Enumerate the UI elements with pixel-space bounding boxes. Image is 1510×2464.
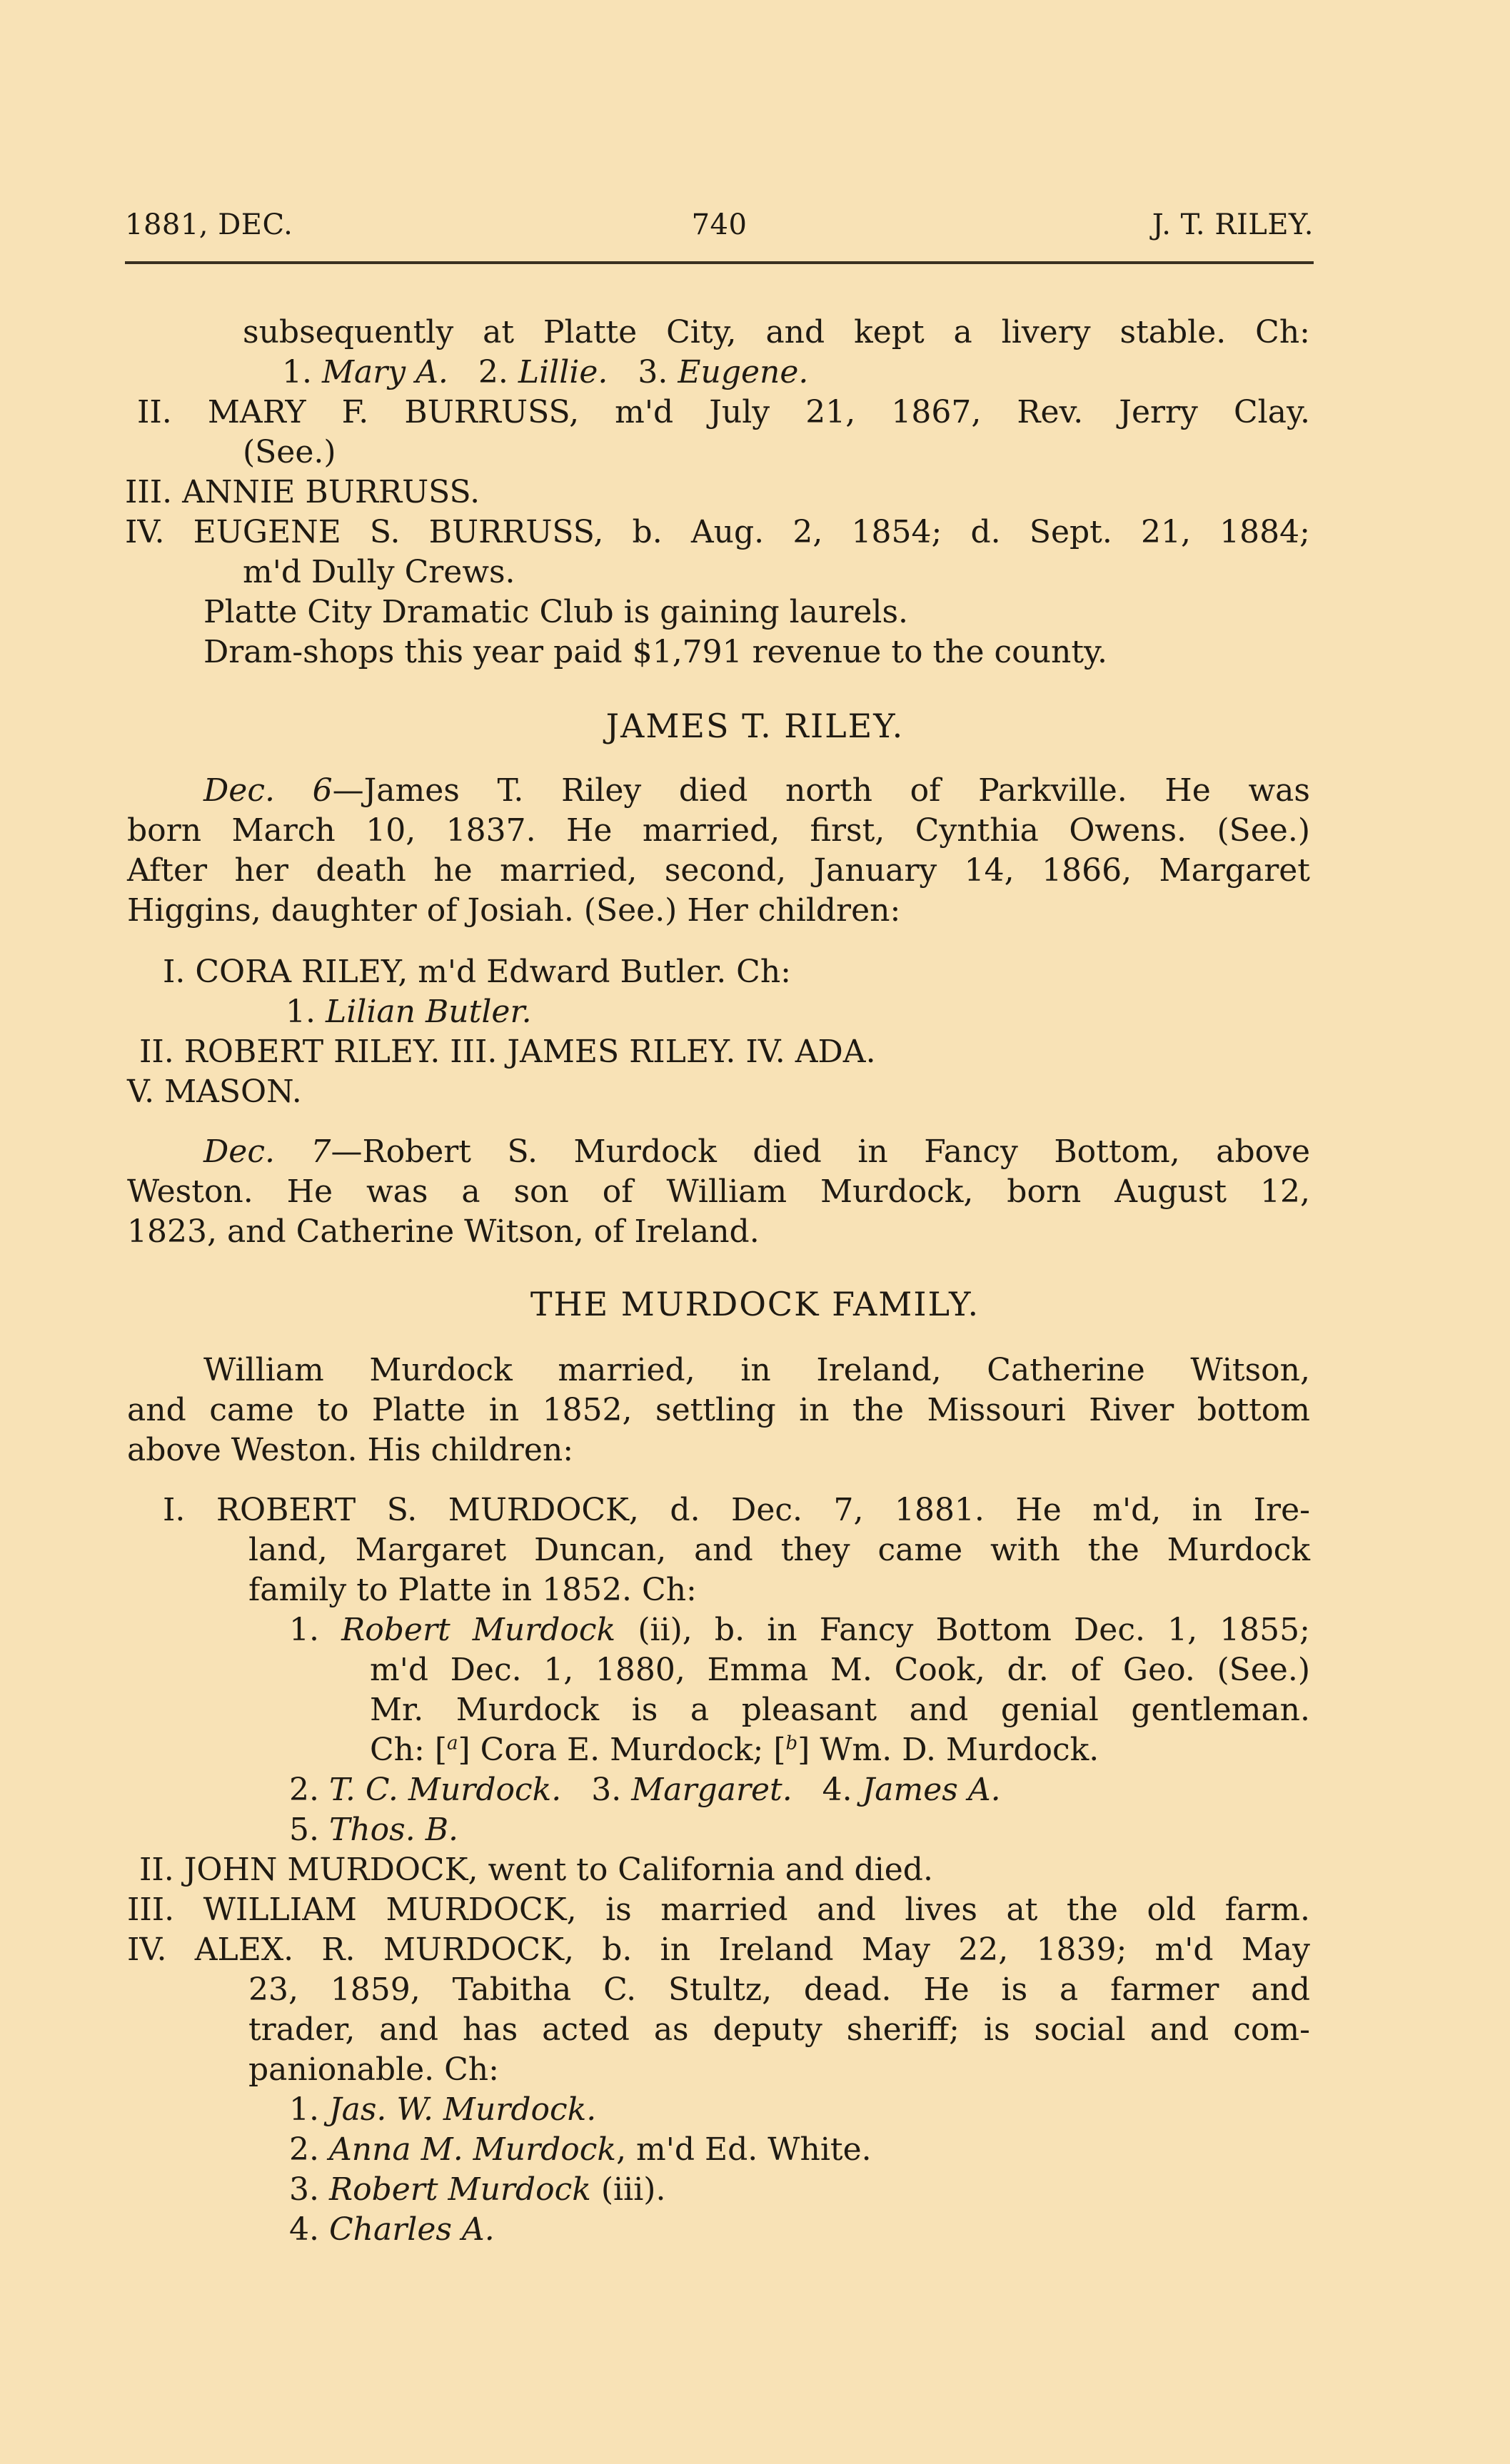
genealogy-entry: I. ROBERT S. MURDOCK, d. Dec. 7, 1881. H…	[163, 1490, 1310, 1530]
child-entry: 3. Robert Murdock (iii).	[289, 2170, 665, 2210]
genealogy-entry: II. MARY F. BURRUSS, m'd July 21, 1867, …	[137, 393, 1310, 433]
genealogy-entry: III. WILLIAM MURDOCK, is married and liv…	[127, 1890, 1310, 1930]
child-entry: 2. Anna M. Murdock, m'd Ed. White.	[289, 2130, 872, 2170]
child-entry: 1. Lilian Butler.	[286, 992, 532, 1032]
running-head-subject: J. T. RILEY.	[1152, 208, 1314, 241]
children-list: 2. T. C. Murdock. 3. Margaret. 4. James …	[289, 1770, 1001, 1810]
child-entry: 4. Charles A.	[289, 2210, 495, 2250]
child-name: Eugene.	[678, 354, 808, 390]
child-entry: 5. Thos. B.	[289, 1810, 458, 1850]
section-heading: THE MURDOCK FAMILY.	[0, 1285, 1510, 1323]
genealogy-entry: I. CORA RILEY, m'd Edward Butler. Ch:	[163, 952, 791, 992]
paragraph-line: 1823, and Catherine Witson, of Ireland.	[127, 1212, 760, 1252]
note-line: Platte City Dramatic Club is gaining lau…	[203, 592, 908, 632]
section-heading: JAMES T. RILEY.	[0, 707, 1510, 745]
child-name: Mary A.	[322, 354, 448, 390]
paragraph-line: Weston. He was a son of William Murdock,…	[127, 1172, 1310, 1212]
children-list: 1. Mary A. 2. Lillie. 3. Eugene.	[282, 353, 808, 393]
paragraph-line: Dec. 6—James T. Riley died north of Park…	[203, 771, 1310, 811]
text-line: Mr. Murdock is a pleasant and genial gen…	[370, 1690, 1310, 1730]
header-rule	[125, 261, 1314, 264]
text-line: family to Platte in 1852. Ch:	[248, 1570, 697, 1610]
genealogy-entry: II. ROBERT RILEY. III. JAMES RILEY. IV. …	[139, 1032, 876, 1072]
paragraph-line: Higgins, daughter of Josiah. (See.) Her …	[127, 891, 900, 931]
note-line: Dram-shops this year paid $1,791 revenue…	[203, 632, 1107, 672]
paragraph-line: and came to Platte in 1852, settling in …	[127, 1390, 1310, 1430]
genealogy-entry: IV. ALEX. R. MURDOCK, b. in Ireland May …	[127, 1930, 1310, 1970]
text-line: 23, 1859, Tabitha C. Stultz, dead. He is…	[248, 1970, 1310, 2010]
running-head: 1881, DEC. 740 J. T. RILEY.	[125, 208, 1314, 251]
child-entry: 1. Robert Murdock (ii), b. in Fancy Bott…	[289, 1610, 1310, 1650]
text-line: m'd Dec. 1, 1880, Emma M. Cook, dr. of G…	[370, 1650, 1310, 1690]
paragraph-line: born March 10, 1837. He married, first, …	[127, 811, 1310, 851]
text-line: subsequently at Platte City, and kept a …	[243, 313, 1310, 353]
child-name: Lillie.	[518, 354, 608, 390]
grandchildren-line: Ch: [a] Cora E. Murdock; [b] Wm. D. Murd…	[370, 1730, 1099, 1770]
page-number: 740	[125, 208, 1314, 241]
paragraph-line: Dec. 7—Robert S. Murdock died in Fancy B…	[203, 1132, 1310, 1172]
book-page: 1881, DEC. 740 J. T. RILEY. subsequently…	[0, 0, 1510, 2464]
text-line: m'd Dully Crews.	[243, 552, 515, 592]
genealogy-entry: III. ANNIE BURRUSS.	[125, 473, 480, 513]
text-line: trader, and has acted as deputy sheriff;…	[248, 2010, 1310, 2050]
paragraph-line: After her death he married, second, Janu…	[127, 851, 1310, 891]
paragraph-line: William Murdock married, in Ireland, Cat…	[203, 1350, 1310, 1390]
genealogy-entry: V. MASON.	[127, 1072, 302, 1112]
genealogy-entry: II. JOHN MURDOCK, went to California and…	[139, 1850, 933, 1890]
text-line: panionable. Ch:	[248, 2050, 499, 2090]
text-line: (See.)	[243, 433, 336, 473]
child-entry: 1. Jas. W. Murdock.	[289, 2090, 596, 2130]
genealogy-entry: IV. EUGENE S. BURRUSS, b. Aug. 2, 1854; …	[125, 513, 1310, 552]
text-line: land, Margaret Duncan, and they came wit…	[248, 1530, 1310, 1570]
paragraph-line: above Weston. His children:	[127, 1430, 573, 1470]
